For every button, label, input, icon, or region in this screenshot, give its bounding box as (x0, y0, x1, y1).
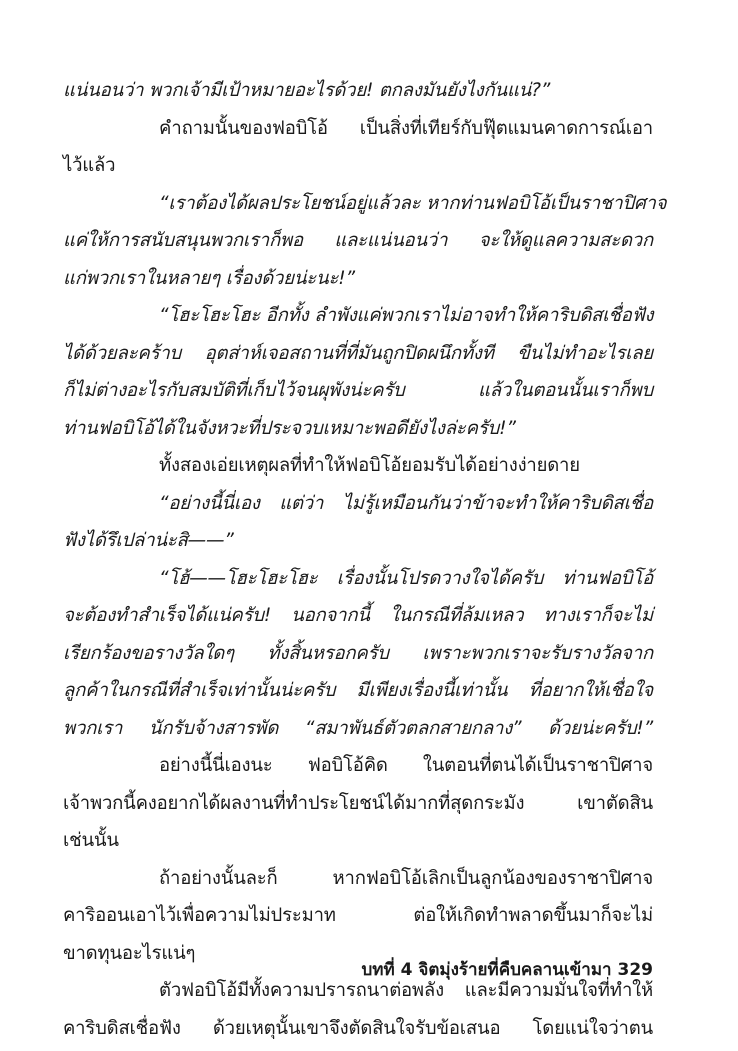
text-line: ถ้าอย่างนั้นละก็ หากฟอบิโอ้เลิกเป็นลูกน้… (63, 860, 653, 898)
text-line: “โฮะโฮะโฮะ อีกทั้ง ลำพังแค่พวกเราไม่อาจท… (63, 297, 653, 335)
text-line: แค่ให้การสนับสนุนพวกเราก็พอ และแน่นอนว่า… (63, 222, 653, 260)
text-line: ทั้งสองเอ่ยเหตุผลที่ทำให้ฟอบิโอ้ยอมรับได… (63, 447, 653, 485)
page-footer: บทที่ 4 จิตมุ่งร้ายที่คืบคลานเข้ามา 329 (327, 955, 653, 985)
text-line: “เราต้องได้ผลประโยชน์อยู่แล้วละ หากท่านฟ… (63, 185, 653, 223)
text-line: พวกเรา นักรับจ้างสารพัด “สมาพันธ์ตัวตลกส… (63, 710, 653, 748)
text-line: “อย่างนี้นี่เอง แต่ว่า ไม่รู้เหมือนกันว่… (63, 485, 653, 523)
text-line: อย่างนี้นี่เองนะ ฟอบิโอ้คิด ในตอนที่ตนได… (63, 747, 653, 785)
text-line: คาริออนเอาไว้เพื่อความไม่ประมาท ต่อให้เก… (63, 897, 653, 935)
text-line: ไว้แล้ว (63, 147, 653, 185)
page-body: แน่นอนว่า พวกเจ้ามีเป้าหมายอะไรด้วย! ตกล… (63, 72, 653, 1047)
text-line: เรียกร้องขอรางวัลใดๆ ทั้งสิ้นหรอกครับ เพ… (63, 635, 653, 673)
text-line: เจ้าพวกนี้คงอยากได้ผลงานที่ทำประโยชน์ได้… (63, 785, 653, 823)
text-line: “โฮ้——โฮะโฮะโฮะ เรื่องนั้นโปรดวางใจได้คร… (63, 560, 653, 598)
text-line: คาริบดิสเชื่อฟัง ด้วยเหตุนั้นเขาจึงตัดสิ… (63, 1010, 653, 1048)
text-line: คำถามนั้นของฟอบิโอ้ เป็นสิ่งที่เทียร์กับ… (63, 110, 653, 148)
text-line: ฟังได้รึเปล่าน่ะสิ——” (63, 522, 653, 560)
text-line: ได้ด้วยละคร้าบ อุตส่าห์เจอสถานที่ที่มันถ… (63, 335, 653, 373)
text-line: ลูกค้าในกรณีที่สำเร็จเท่านั้นน่ะครับ มีเ… (63, 672, 653, 710)
chapter-title: บทที่ 4 จิตมุ่งร้ายที่คืบคลานเข้ามา (362, 960, 612, 980)
text-line: เช่นนั้น (63, 822, 653, 860)
text-line: ก็ไม่ต่างอะไรกับสมบัติที่เก็บไว้จนผุพังน… (63, 372, 653, 410)
text-line: แก่พวกเราในหลายๆ เรื่องด้วยน่ะนะ!” (63, 260, 653, 298)
page-number: 329 (618, 960, 654, 980)
text-line: แน่นอนว่า พวกเจ้ามีเป้าหมายอะไรด้วย! ตกล… (63, 72, 653, 110)
text-line: ท่านฟอบิโอ้ได้ในจังหวะที่ประจวบเหมาะพอดี… (63, 410, 653, 448)
text-line: จะต้องทำสำเร็จได้แน่ครับ! นอกจากนี้ ในกร… (63, 597, 653, 635)
